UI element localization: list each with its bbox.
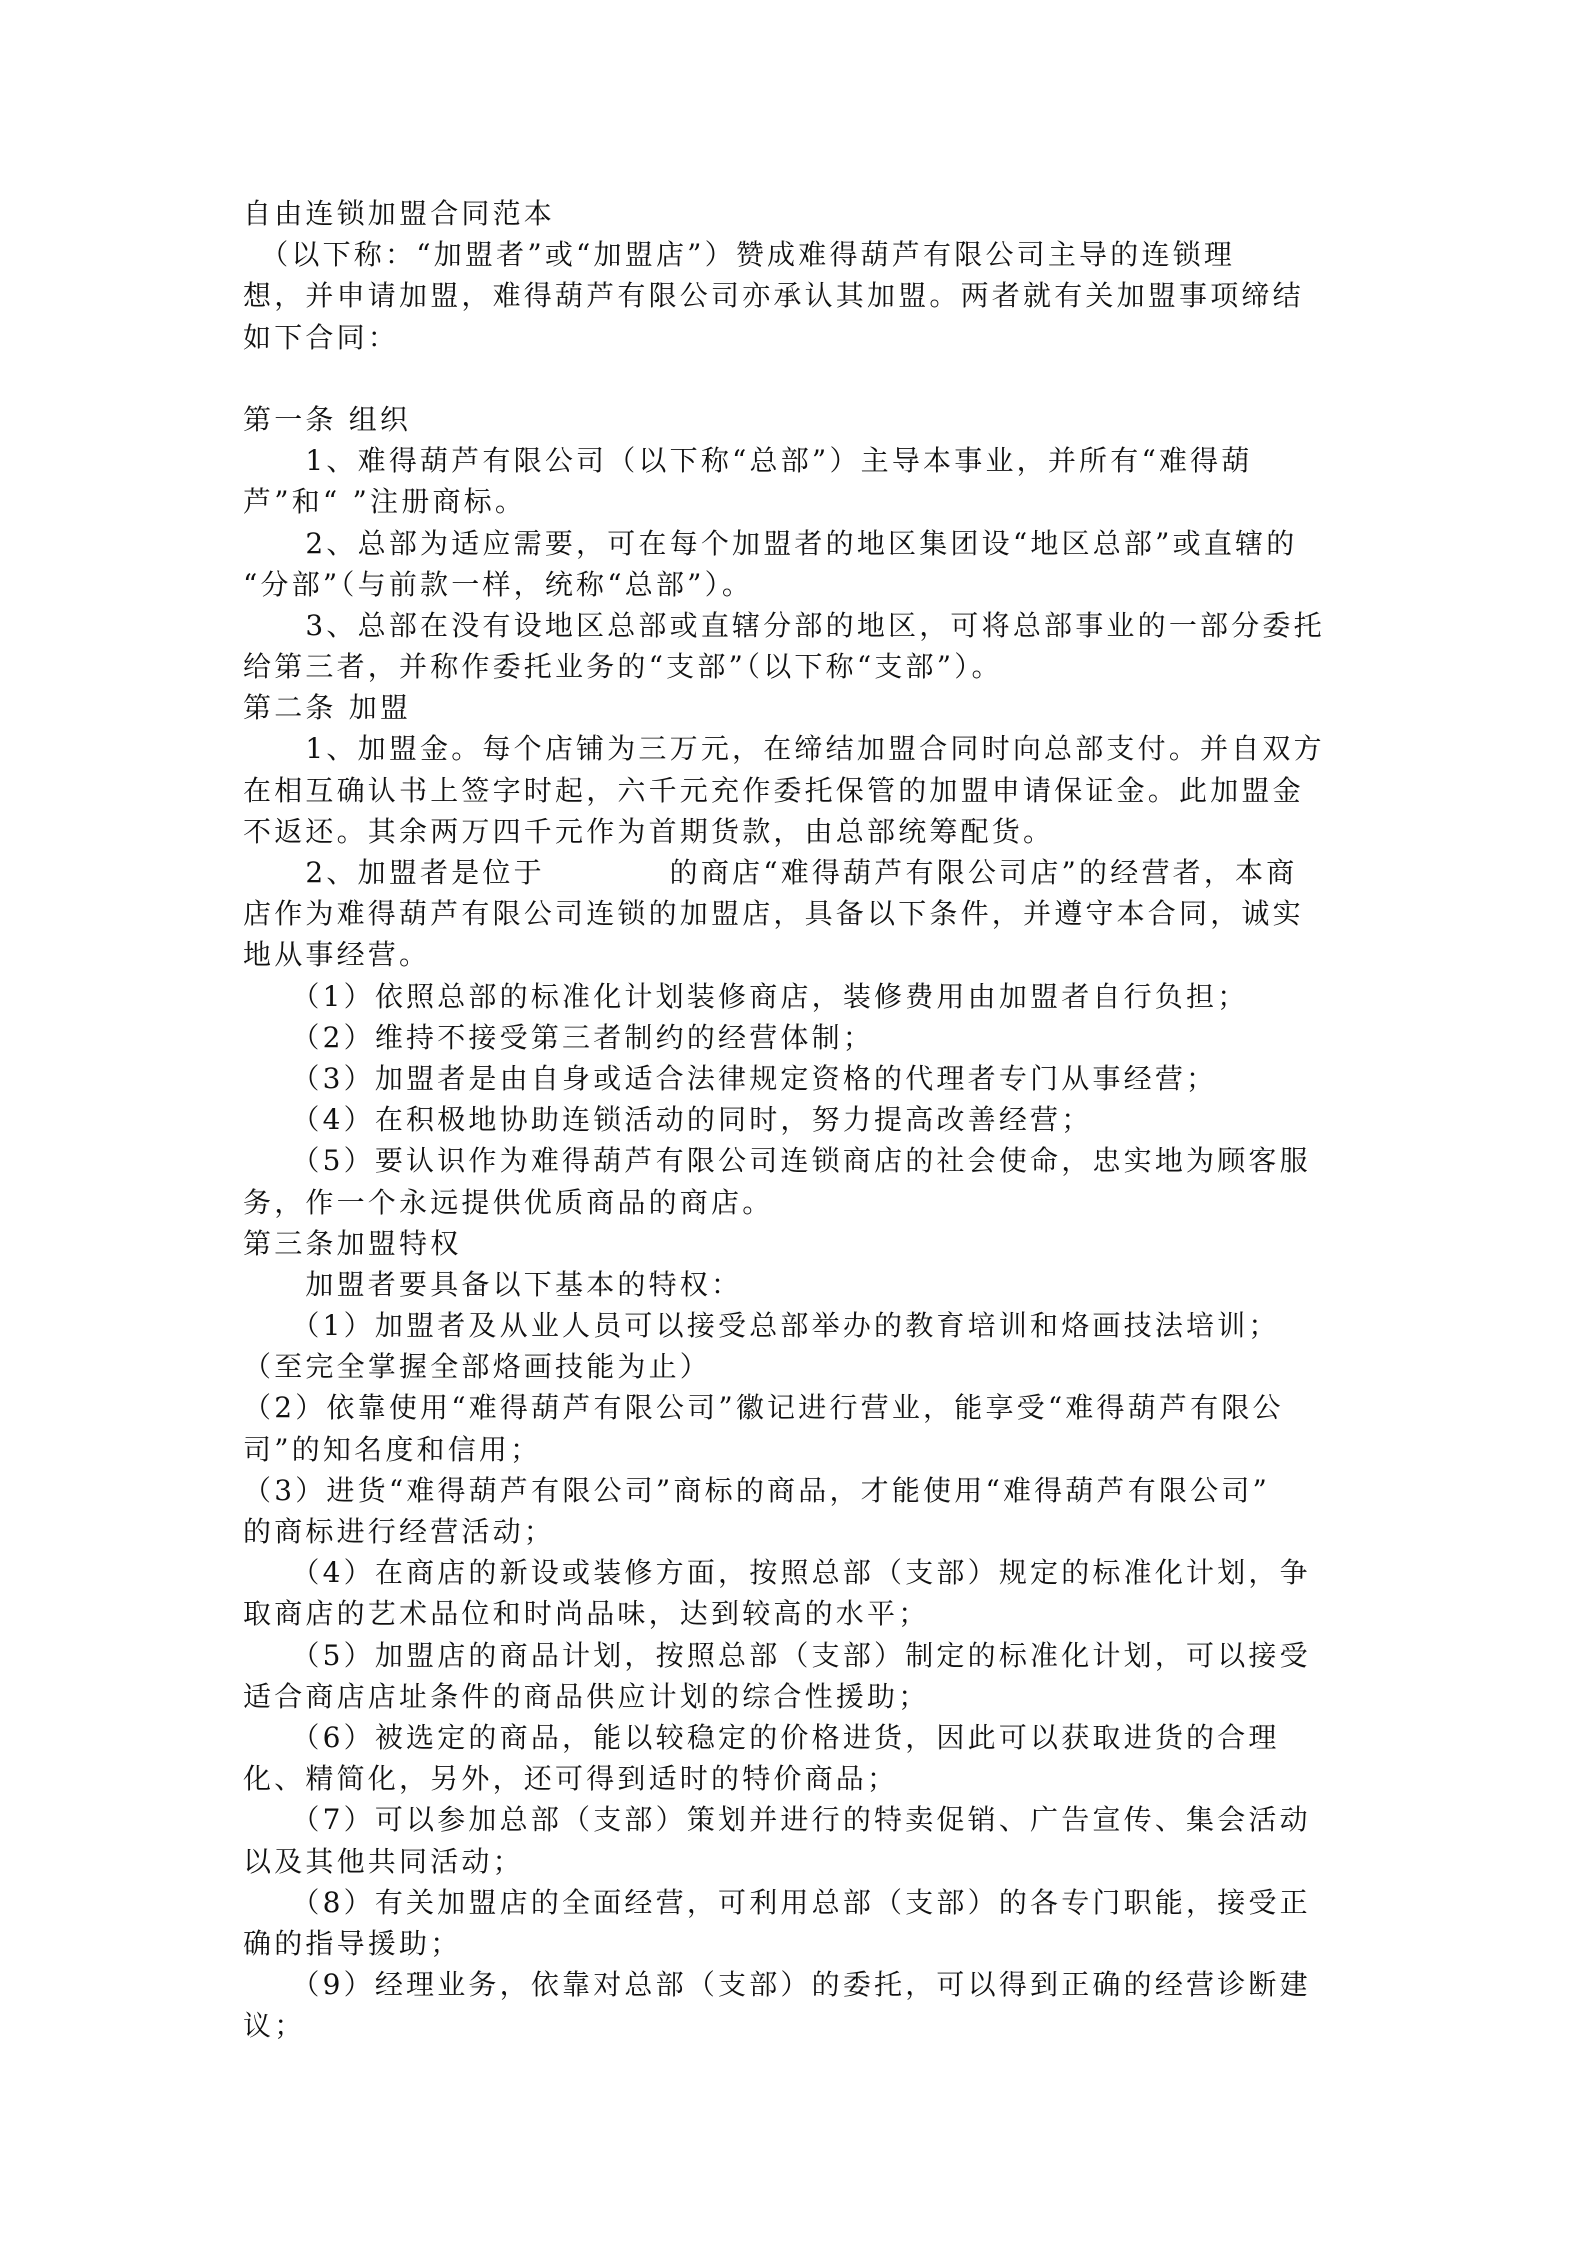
article-3-privilege: （1）加盟者及从业人员可以接受总部举办的教育培训和烙画技法培训；: [243, 1305, 1353, 1346]
article-3-privilege: （8）有关加盟店的全面经营，可利用总部（支部）的各专门职能，接受正: [243, 1882, 1353, 1923]
preamble-line: （以下称：“加盟者”或“加盟店”）赞成难得葫芦有限公司主导的连锁理: [243, 234, 1353, 275]
article-1-text: “分部”（与前款一样，统称“总部”）。: [243, 564, 1353, 605]
article-3-privilege: （2）依靠使用“难得葫芦有限公司”徽记进行营业，能享受“难得葫芦有限公: [243, 1387, 1353, 1428]
preamble-line: 想，并申请加盟，难得葫芦有限公司亦承认其加盟。两者就有关加盟事项缔结: [243, 275, 1353, 316]
article-2-condition: （4）在积极地协助连锁活动的同时，努力提高改善经营；: [243, 1099, 1353, 1140]
article-3-privilege: 的商标进行经营活动；: [243, 1511, 1353, 1552]
article-3-privilege: 以及其他共同活动；: [243, 1841, 1353, 1882]
article-2-heading: 第二条 加盟: [243, 687, 1353, 728]
article-2-text: 2、加盟者是位于 的商店“难得葫芦有限公司店”的经营者，本商: [243, 852, 1353, 893]
article-2-condition: （5）要认识作为难得葫芦有限公司连锁商店的社会使命，忠实地为顾客服: [243, 1140, 1353, 1181]
article-1-text: 2、总部为适应需要，可在每个加盟者的地区集团设“地区总部”或直辖的: [243, 523, 1353, 564]
article-1-text: 给第三者，并称作委托业务的“支部”（以下称“支部”）。: [243, 646, 1353, 687]
blank-line: [243, 358, 1353, 399]
article-2-condition: （3）加盟者是由自身或适合法律规定资格的代理者专门从事经营；: [243, 1058, 1353, 1099]
article-3-privilege: （5）加盟店的商品计划，按照总部（支部）制定的标准化计划，可以接受: [243, 1635, 1353, 1676]
article-1-text: 1、难得葫芦有限公司（以下称“总部”）主导本事业，并所有“难得葫: [243, 440, 1353, 481]
article-2-text: 地从事经营。: [243, 934, 1353, 975]
article-3-privilege: （3）进货“难得葫芦有限公司”商标的商品，才能使用“难得葫芦有限公司”: [243, 1470, 1353, 1511]
article-2-text: 在相互确认书上签字时起，六千元充作委托保管的加盟申请保证金。此加盟金: [243, 770, 1353, 811]
article-3-privilege: 司”的知名度和信用；: [243, 1429, 1353, 1470]
article-3-privilege: 取商店的艺术品位和时尚品味，达到较高的水平；: [243, 1593, 1353, 1634]
article-2-condition: 务，作一个永远提供优质商品的商店。: [243, 1182, 1353, 1223]
article-2-text: 1、加盟金。每个店铺为三万元，在缔结加盟合同时向总部支付。并自双方: [243, 728, 1353, 769]
article-2-text: 不返还。其余两万四千元作为首期货款，由总部统筹配货。: [243, 811, 1353, 852]
document-title: 自由连锁加盟合同范本: [243, 193, 1353, 234]
article-3-privilege: （6）被选定的商品，能以较稳定的价格进货，因此可以获取进货的合理: [243, 1717, 1353, 1758]
article-3-privilege: 化、精简化，另外，还可得到适时的特价商品；: [243, 1758, 1353, 1799]
article-3-privilege: （4）在商店的新设或装修方面，按照总部（支部）规定的标准化计划，争: [243, 1552, 1353, 1593]
article-3-privilege: （7）可以参加总部（支部）策划并进行的特卖促销、广告宣传、集会活动: [243, 1799, 1353, 1840]
article-2-condition: （1）依照总部的标准化计划装修商店，装修费用由加盟者自行负担；: [243, 976, 1353, 1017]
article-3-text: 加盟者要具备以下基本的特权：: [243, 1264, 1353, 1305]
article-2-text: 店作为难得葫芦有限公司连锁的加盟店，具备以下条件，并遵守本合同，诚实: [243, 893, 1353, 934]
article-1-heading: 第一条 组织: [243, 399, 1353, 440]
article-1-text: 3、总部在没有设地区总部或直辖分部的地区，可将总部事业的一部分委托: [243, 605, 1353, 646]
article-3-privilege: 议；: [243, 2005, 1353, 2046]
article-2-condition: （2）维持不接受第三者制约的经营体制；: [243, 1017, 1353, 1058]
article-3-heading: 第三条加盟特权: [243, 1223, 1353, 1264]
article-3-privilege: （至完全掌握全部烙画技能为止）: [243, 1346, 1353, 1387]
document-page: 自由连锁加盟合同范本 （以下称：“加盟者”或“加盟店”）赞成难得葫芦有限公司主导…: [243, 193, 1353, 2046]
article-3-privilege: （9）经理业务，依靠对总部（支部）的委托，可以得到正确的经营诊断建: [243, 1964, 1353, 2005]
article-1-text: 芦”和“ ”注册商标。: [243, 481, 1353, 522]
article-3-privilege: 确的指导援助；: [243, 1923, 1353, 1964]
preamble-line: 如下合同：: [243, 317, 1353, 358]
article-3-privilege: 适合商店店址条件的商品供应计划的综合性援助；: [243, 1676, 1353, 1717]
